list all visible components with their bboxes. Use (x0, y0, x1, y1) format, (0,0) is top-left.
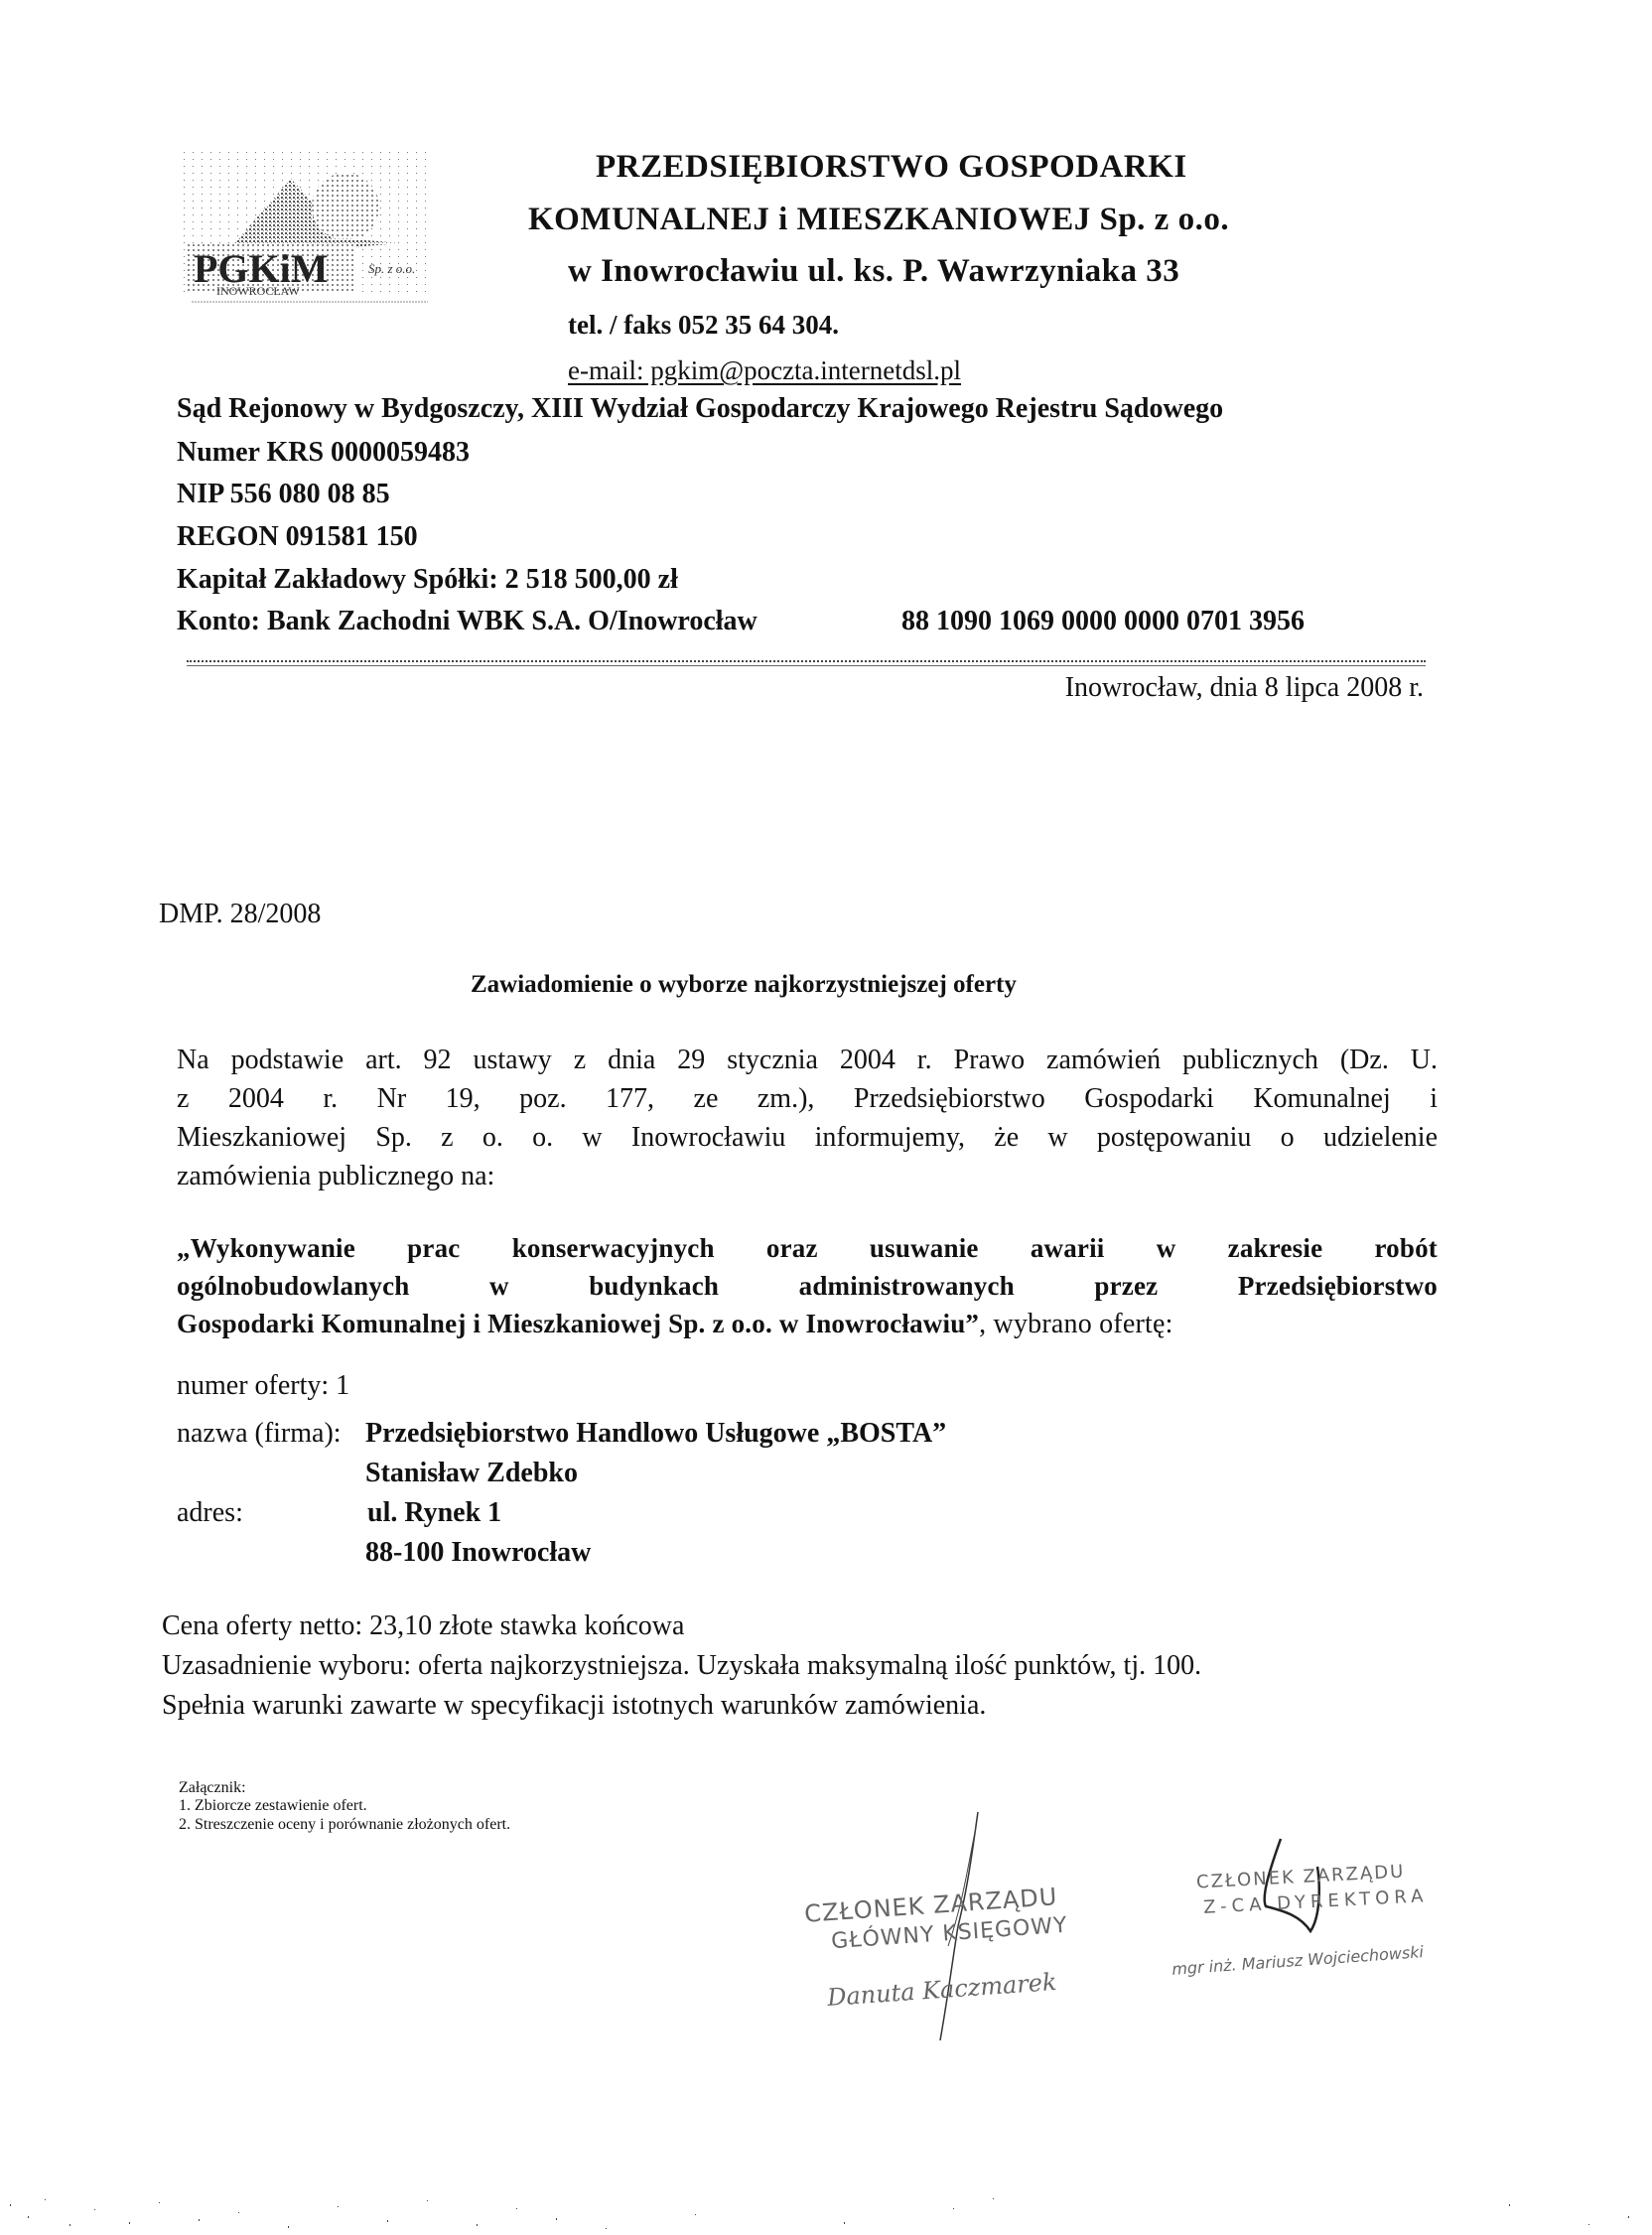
reference-number: DMP. 28/2008 (159, 899, 321, 930)
company-name-line1: PRZEDSIĘBIORSTWO GOSPODARKI (596, 149, 1187, 186)
subject-line: ogólnobudowlanych w budynkach administro… (177, 1267, 1438, 1305)
intro-line: Mieszkaniowej Sp. z o. o. w Inowrocławiu… (177, 1118, 1438, 1157)
svg-text:Sp. z o.o.: Sp. z o.o. (368, 261, 415, 276)
offer-company-owner: Stanisław Zdebko (365, 1458, 578, 1489)
bank-account-label: Konto: Bank Zachodni WBK S.A. O/Inowrocł… (177, 606, 757, 637)
selection-justification-cont: Spełnia warunki zawarte w specyfikacji i… (162, 1690, 986, 1722)
bank-account-number: 88 1090 1069 0000 0000 0701 3956 (901, 606, 1305, 637)
selection-justification: Uzasadnienie wyboru: oferta najkorzystni… (162, 1650, 1201, 1682)
offer-address-city: 88-100 Inowrocław (365, 1537, 591, 1569)
subject-line-bold: Gospodarki Komunalnej i Mieszkaniowej Sp… (177, 1309, 979, 1338)
intro-line: Na podstawie art. 92 ustawy z dnia 29 st… (177, 1041, 1438, 1079)
offer-address-street: ul. Rynek 1 (367, 1497, 501, 1529)
signatory-name: mgr inż. Mariusz Wojciechowski (1171, 1942, 1425, 1979)
court-registry: Sąd Rejonowy w Bydgoszczy, XIII Wydział … (177, 393, 1223, 425)
share-capital: Kapitał Zakładowy Spółki: 2 518 500,00 z… (177, 564, 678, 596)
company-phone: tel. / faks 052 35 64 304. (568, 310, 839, 341)
header-divider-line (187, 665, 1426, 666)
company-name-line2: KOMUNALNEJ i MIESZKANIOWEJ Sp. z o.o. (528, 202, 1229, 238)
company-address: w Inowrocławiu ul. ks. P. Wawrzyniaka 33 (568, 253, 1179, 290)
nip-number: NIP 556 080 08 85 (177, 479, 390, 510)
company-email-link[interactable]: e-mail: pgkim@poczta.internetdsl.pl (568, 355, 961, 386)
company-logo: PGKiM Sp. z o.o. INOWROCŁAW (182, 149, 430, 303)
attachment-item: 2. Streszczenie oceny i porównanie złożo… (179, 1816, 510, 1834)
regon-number: REGON 091581 150 (177, 521, 418, 553)
offer-company-name: Przedsiębiorstwo Handlowo Usługowe „BOST… (365, 1418, 946, 1450)
attachment-item: 1. Zbiorcze zestawienie ofert. (179, 1797, 367, 1815)
offer-name-label: nazwa (firma): (177, 1418, 342, 1450)
offer-address-label: adres: (177, 1497, 243, 1529)
subject-line-tail: , wybrano ofertę: (979, 1309, 1172, 1339)
header-divider-dotted (187, 660, 1426, 662)
offer-price: Cena oferty netto: 23,10 złote stawka ko… (162, 1610, 684, 1642)
intro-paragraph: Na podstawie art. 92 ustawy z dnia 29 st… (177, 1041, 1438, 1195)
intro-line: zamówienia publicznego na: (177, 1157, 1438, 1195)
place-and-date: Inowrocław, dnia 8 lipca 2008 r. (1065, 672, 1424, 704)
scan-noise (0, 2194, 1652, 2235)
offer-number: numer oferty: 1 (177, 1370, 349, 1402)
subject-line: Gospodarki Komunalnej i Mieszkaniowej Sp… (177, 1305, 1438, 1343)
subject-line: „Wykonywanie prac konserwacyjnych oraz u… (177, 1229, 1438, 1267)
attachments-label: Załącznik: (179, 1779, 246, 1797)
document-title: Zawiadomienie o wyborze najkorzystniejsz… (471, 971, 1017, 999)
tender-subject: „Wykonywanie prac konserwacyjnych oraz u… (177, 1229, 1438, 1343)
krs-number: Numer KRS 0000059483 (177, 437, 470, 469)
pgkim-logo-mountain-sun-icon: PGKiM Sp. z o.o. INOWROCŁAW (182, 149, 430, 303)
svg-text:INOWROCŁAW: INOWROCŁAW (216, 284, 300, 298)
intro-line: z 2004 r. Nr 19, poz. 177, ze zm.), Prze… (177, 1079, 1438, 1118)
